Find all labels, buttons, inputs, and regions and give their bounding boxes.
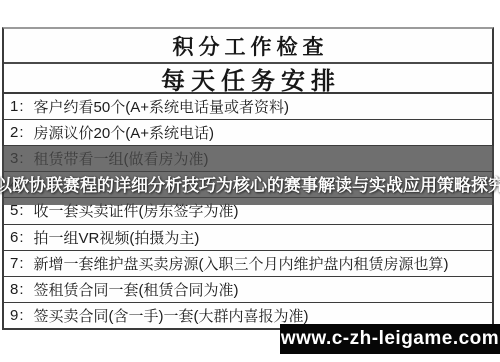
row-number: 6: xyxy=(10,229,25,246)
watermark-box: www.c-zh-leigame.com xyxy=(280,324,500,354)
row-number: 8: xyxy=(10,281,25,298)
overlay-title: 以欧协联赛程的详细分析技巧为核心的赛事解读与实战应用策略探究 xyxy=(0,168,500,198)
table-row: 7:新增一套维护盘买卖房源(入职三个月内维护盘内租赁房源也算) xyxy=(4,251,492,277)
row-text: 签租赁合同一套(租赁合同为准) xyxy=(34,279,239,300)
row-number: 1: xyxy=(10,98,25,115)
row-text: 客户约看50个(A+系统电话量或者资料) xyxy=(34,96,289,117)
row-text: 拍一组VR视频(拍摄为主) xyxy=(34,227,200,248)
row-text: 签买卖合同(含一手)一套(大群内喜报为准) xyxy=(34,305,309,326)
table-row: 1:客户约看50个(A+系统电话量或者资料) xyxy=(4,94,492,120)
row-text: 新增一套维护盘买卖房源(入职三个月内维护盘内租赁房源也算) xyxy=(34,253,449,274)
row-number: 7: xyxy=(10,255,25,272)
watermark-text: www.c-zh-leigame.com xyxy=(281,328,499,350)
row-number: 9: xyxy=(10,307,25,324)
table-header-primary: 积分工作检查 xyxy=(4,29,492,64)
table-row: 8:签租赁合同一套(租赁合同为准) xyxy=(4,277,492,303)
row-number: 2: xyxy=(10,124,25,141)
table-row: 6:拍一组VR视频(拍摄为主) xyxy=(4,225,492,251)
table-header-secondary: 每天任务安排 xyxy=(4,64,492,94)
table-row: 2:房源议价20个(A+系统电话) xyxy=(4,120,492,146)
row-number: 5: xyxy=(10,202,25,219)
task-row-list: 1:客户约看50个(A+系统电话量或者资料)2:房源议价20个(A+系统电话)3… xyxy=(4,94,492,328)
row-text: 房源议价20个(A+系统电话) xyxy=(34,122,214,143)
page-root: 积分工作检查 每天任务安排 1:客户约看50个(A+系统电话量或者资料)2:房源… xyxy=(0,0,500,362)
